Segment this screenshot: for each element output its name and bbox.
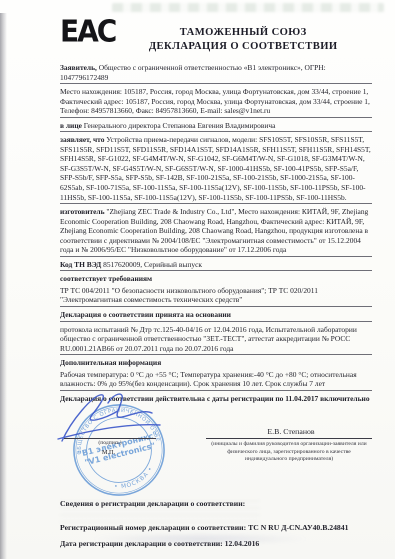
field-manufacturer-value: "Zhejiang ZEC Trade & Industry Co., Ltd"… [60, 207, 368, 254]
field-manufacturer-label: изготовитель [60, 207, 105, 216]
document-body: Заявитель, Общество с ограниченной ответ… [0, 53, 395, 403]
heading-basis: Декларация о соответствии принята на осн… [60, 310, 372, 322]
field-tnved-label: Код ТН ВЭД [60, 260, 101, 269]
field-represented-label: в лице [60, 121, 82, 130]
head-name-line [206, 438, 372, 439]
field-basis: протокола испытаний № Дтр тс.125-40-04/1… [60, 325, 372, 356]
field-declares-value: Устройства приема-передачи сигналов, мод… [60, 135, 371, 201]
page-bleedthrough-bottom [60, 497, 260, 523]
signature-caption: (подпись) [64, 440, 156, 446]
head-name-caption: (инициалы и фамилия руководителя организ… [206, 441, 372, 463]
field-complies-requirements: ТР ТС 004/2011 "О безопасности низковоль… [60, 286, 372, 307]
field-represented-by: в лице Генерального директора Степанова … [60, 121, 372, 133]
scan-smudge [90, 533, 310, 545]
field-applicant: Заявитель, Общество с ограниченной ответ… [60, 63, 372, 84]
registration-number-value: ТС N RU Д-CN.АУ40.В.24841 [248, 523, 348, 532]
field-location: Место нахождения: 105187, Россия, город … [60, 87, 372, 118]
registration-number-label: Регистрационный номер декларации о соотв… [60, 523, 248, 532]
scan-edge-shadow [0, 13, 7, 559]
field-location-value: Место нахождения: 105187, Россия, город … [60, 87, 370, 115]
field-tnved-value: 8517620009, Серийный выпуск [101, 260, 202, 269]
field-manufacturer: изготовитель "Zhejiang ZEC Trade & Indus… [60, 207, 372, 257]
document-title: ТАМОЖЕННЫЙ СОЮЗ ДЕКЛАРАЦИЯ О СООТВЕТСТВИ… [115, 18, 371, 53]
field-declares-label: заявляет, что [60, 135, 104, 144]
title-line-1: ТАМОЖЕННЫЙ СОЮЗ [115, 26, 371, 40]
field-applicant-value: Общество с ограниченной ответственностью… [60, 63, 326, 82]
title-line-2: ДЕКЛАРАЦИЯ О СООТВЕТСТВИИ [115, 40, 371, 54]
eac-logo: EAC [60, 17, 115, 47]
page-bleedthrough-top [112, 3, 384, 12]
declaration-document: EAC ТАМОЖЕННЫЙ СОЮЗ ДЕКЛАРАЦИЯ О СООТВЕТ… [0, 0, 395, 559]
registration-number-row: Регистрационный номер декларации о соотв… [60, 523, 372, 533]
heading-complies: соответствует требованиям [60, 274, 372, 284]
signature-section: ОБЩЕСТВО С ОГРАНИЧЕННОЙ ОТВЕТСТВЕННОСТЬЮ… [60, 405, 372, 489]
field-applicant-label: Заявитель, [60, 63, 97, 72]
field-declares: заявляет, что Устройства приема-передачи… [60, 135, 372, 204]
stamp-place-label: М.П. [102, 449, 115, 456]
field-additional-info: Рабочая температура: 0 °С до +55 °С; Тем… [60, 370, 372, 391]
field-tnved-code: Код ТН ВЭД 8517620009, Серийный выпуск [60, 260, 372, 272]
head-name: Е.В. Степанов [210, 427, 372, 436]
field-represented-value: Генерального директора Степанова Евгения… [82, 121, 275, 130]
heading-additional-info: Дополнительная информация [60, 358, 372, 368]
